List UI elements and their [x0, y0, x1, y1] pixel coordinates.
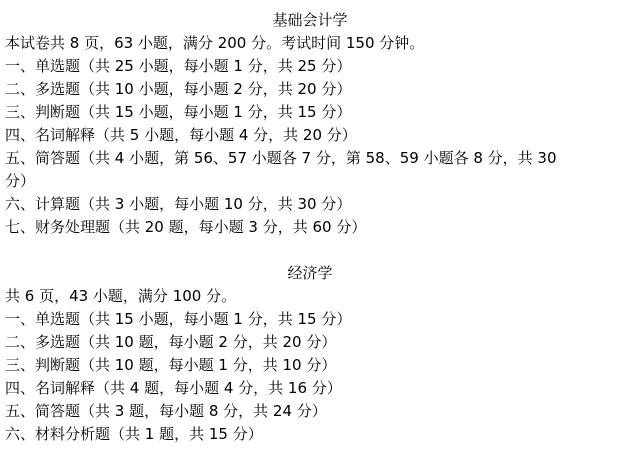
question-type-line: 五、简答题（共 4 小题，第 56、57 小题各 7 分，第 58、59 小题各… — [5, 147, 620, 170]
question-type-line: 四、名词解释（共 5 小题，每小题 4 分，共 20 分） — [5, 124, 620, 147]
question-type-line: 二、多选题（共 10 题，每小题 2 分，共 20 分） — [5, 331, 620, 354]
question-type-line: 六、材料分析题（共 1 题，共 15 分） — [5, 423, 620, 446]
question-type-line: 三、判断题（共 15 小题，每小题 1 分，共 15 分） — [5, 101, 620, 124]
question-type-line: 三、判断题（共 10 题，每小题 1 分，共 10 分） — [5, 354, 620, 377]
question-type-line: 四、名词解释（共 4 题，每小题 4 分，共 16 分） — [5, 377, 620, 400]
question-type-line: 六、计算题（共 3 小题，每小题 10 分，共 30 分） — [5, 193, 620, 216]
section-spacer — [5, 239, 620, 262]
section-title: 经济学 — [5, 262, 620, 285]
section-basic-accounting: 基础会计学 本试卷共 8 页，63 小题，满分 200 分。考试时间 150 分… — [5, 9, 620, 239]
exam-document: 基础会计学 本试卷共 8 页，63 小题，满分 200 分。考试时间 150 分… — [0, 0, 620, 446]
section-summary: 本试卷共 8 页，63 小题，满分 200 分。考试时间 150 分钟。 — [5, 32, 620, 55]
question-type-line: 一、单选题（共 25 小题，每小题 1 分，共 25 分） — [5, 55, 620, 78]
question-type-line: 二、多选题（共 10 小题，每小题 2 分，共 20 分） — [5, 78, 620, 101]
question-type-line: 七、财务处理题（共 20 题，每小题 3 分，共 60 分） — [5, 216, 620, 239]
section-title: 基础会计学 — [5, 9, 620, 32]
section-economics: 经济学 共 6 页，43 小题，满分 100 分。 一、单选题（共 15 小题，… — [5, 262, 620, 446]
section-summary: 共 6 页，43 小题，满分 100 分。 — [5, 285, 620, 308]
question-type-line-continued: 分） — [5, 170, 620, 193]
question-type-line: 一、单选题（共 15 小题，每小题 1 分，共 15 分） — [5, 308, 620, 331]
question-type-line: 五、简答题（共 3 题，每小题 8 分，共 24 分） — [5, 400, 620, 423]
